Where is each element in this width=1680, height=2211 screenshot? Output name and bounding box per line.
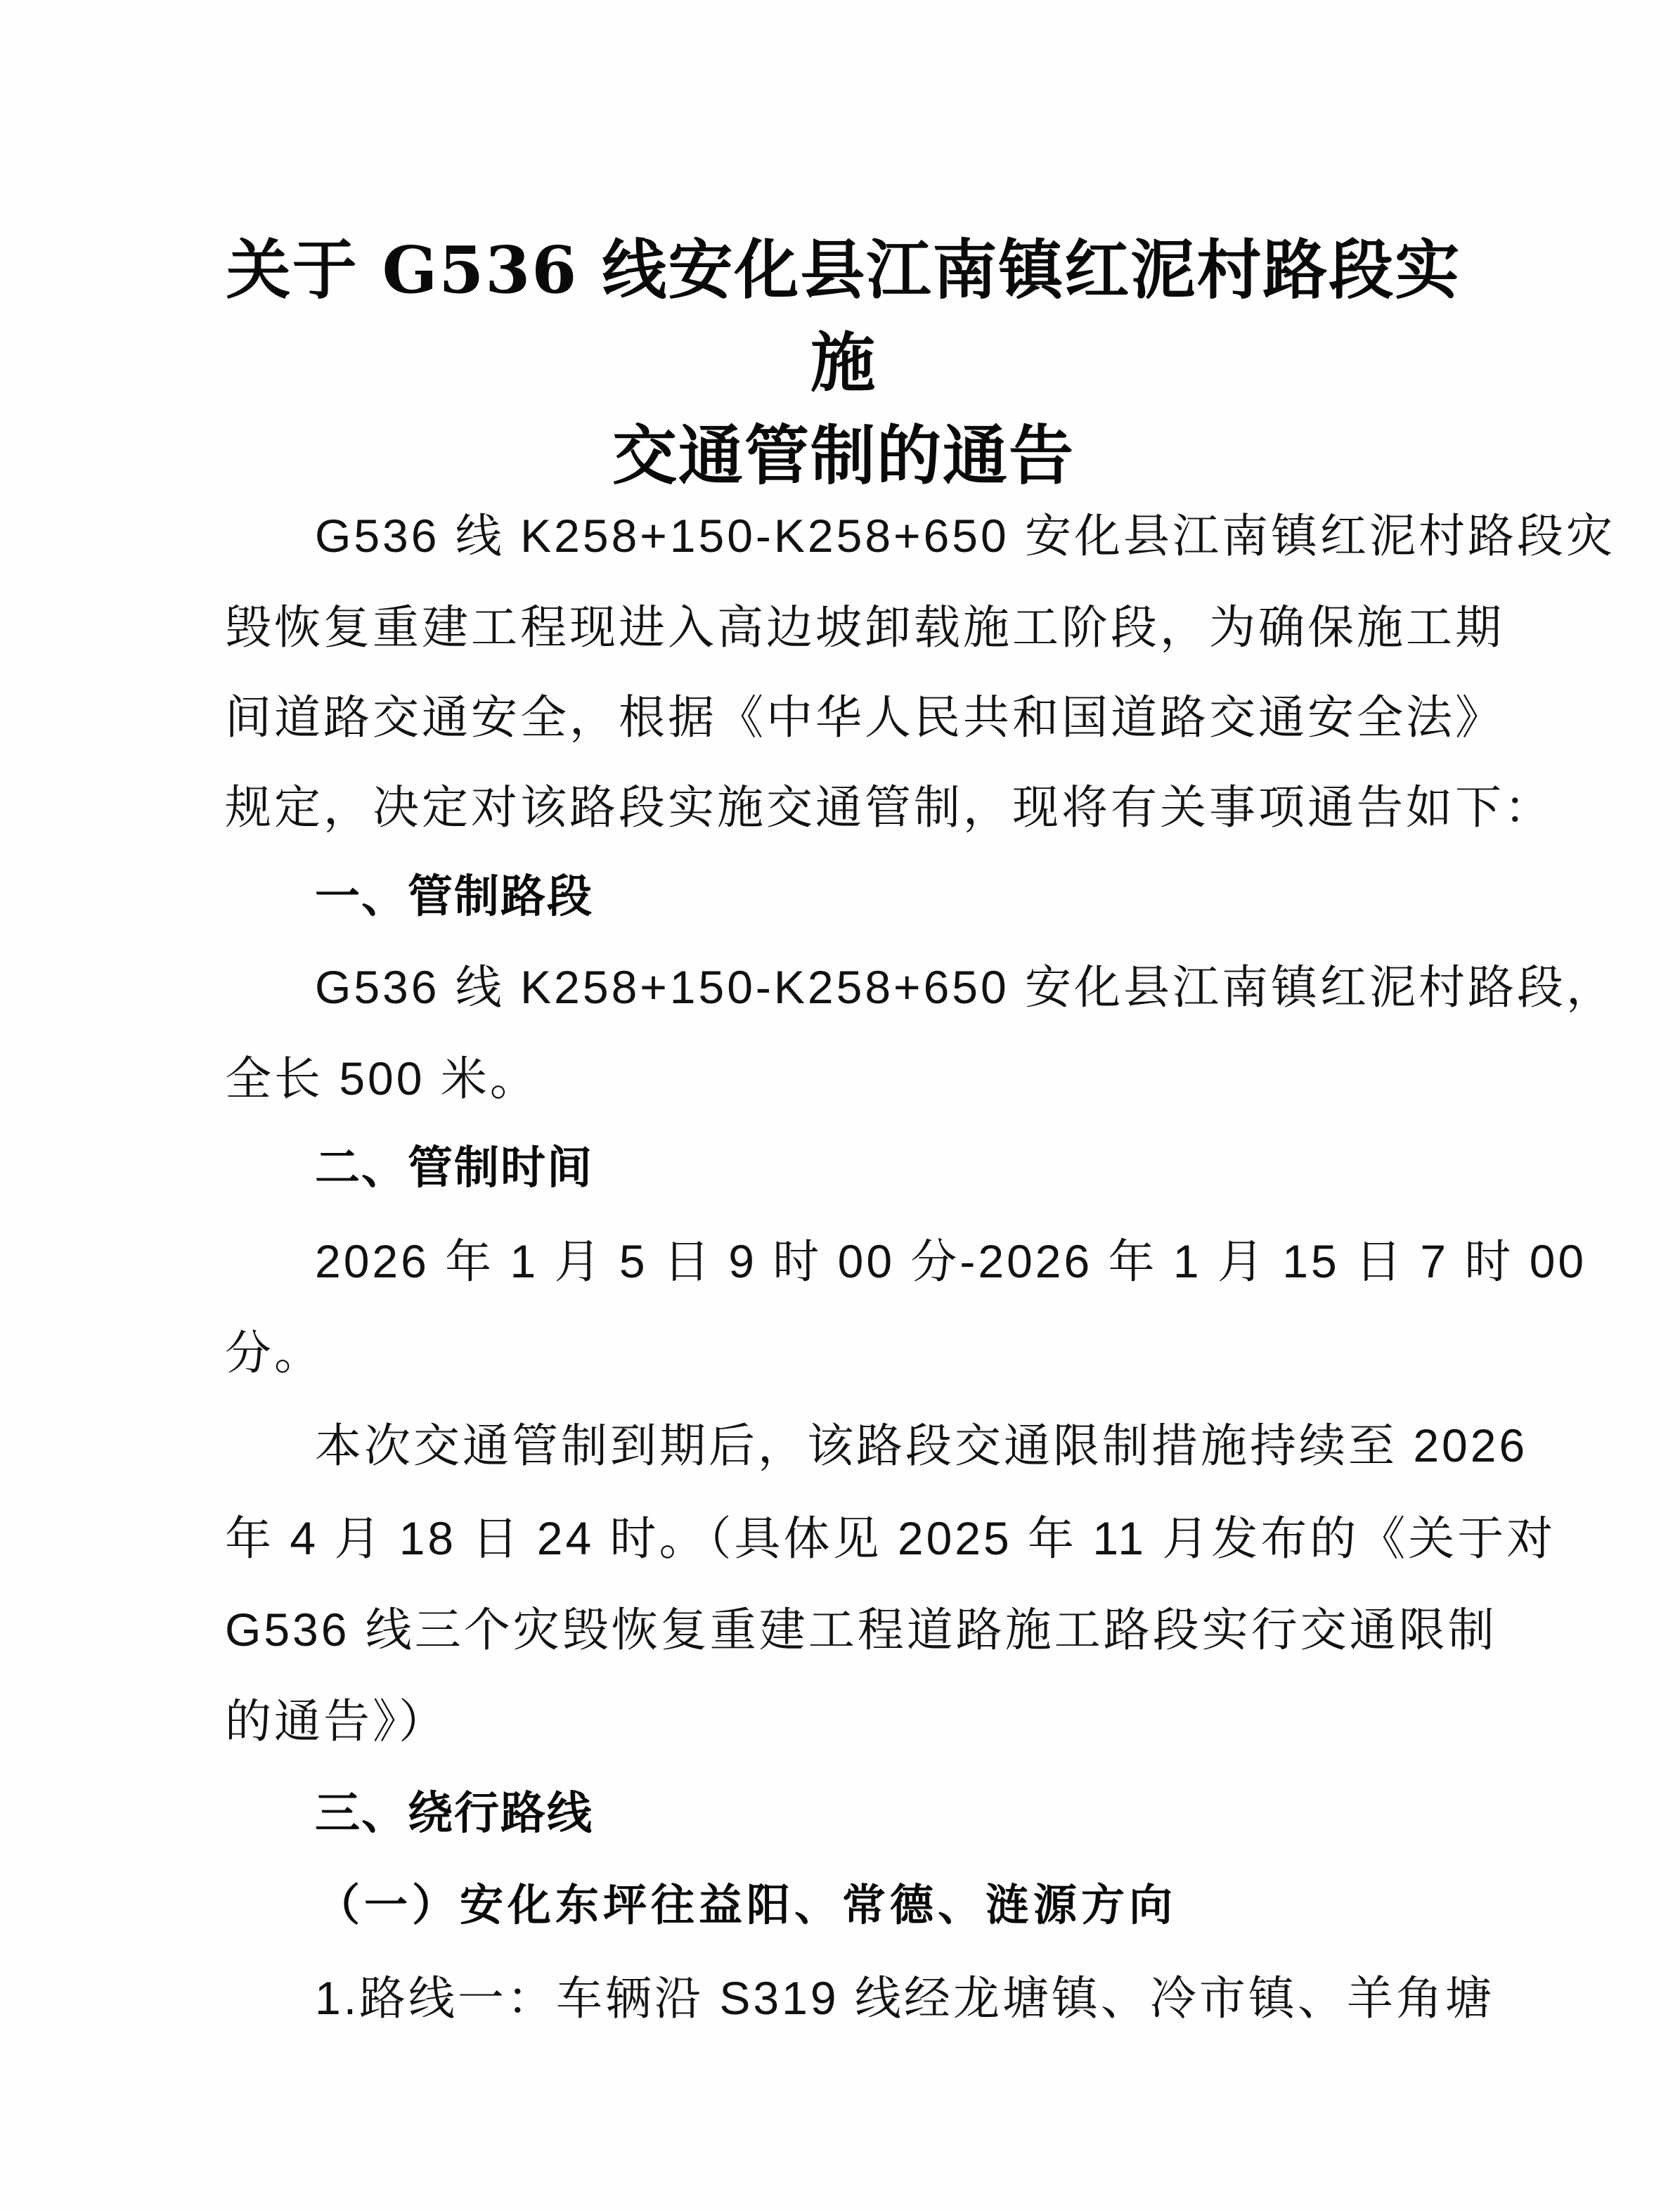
document-title: 关于 G536 线安化县江南镇红泥村路段实施 交通管制的通告 (211, 224, 1476, 502)
intro-line-4: 规定，决定对该路段实施交通管制，现将有关事项通告如下： (225, 779, 1476, 835)
section-1-line-1: G536 线 K258+150-K258+650 安化县江南镇红泥村路段， (315, 959, 1476, 1015)
title-line-2: 交通管制的通告 (211, 409, 1476, 502)
subsection-heading-direction: （一）安化东坪往益阳、常德、涟源方向 (316, 1877, 1177, 1933)
section-2-line-2: 分。 (225, 1324, 1476, 1381)
title-line-1: 关于 G536 线安化县江南镇红泥村路段实施 (211, 224, 1476, 409)
section-1-line-2: 全长 500 米。 (225, 1050, 1476, 1107)
intro-line-2: 毁恢复重建工程现进入高边坡卸载施工阶段，为确保施工期 (225, 599, 1476, 655)
section-2-extra-line-2: 年 4 月 18 日 24 时。（具体见 2025 年 11 月发布的《关于对 (225, 1510, 1476, 1566)
section-3-line-1: 1.路线一：车辆沿 S319 线经龙塘镇、冷市镇、羊角塘 (315, 1970, 1476, 2026)
section-2-extra-line-3: G536 线三个灾毁恢复重建工程道路施工路段实行交通限制 (225, 1601, 1476, 1658)
intro-line-3: 间道路交通安全，根据《中华人民共和国道路交通安全法》 (225, 689, 1476, 745)
section-2-extra-line-4: 的通告》） (225, 1693, 1476, 1749)
section-2-extra-line-1: 本次交通管制到期后，该路段交通限制措施持续至 2026 (315, 1417, 1476, 1474)
section-heading-detour-routes: 三、绕行路线 (315, 1786, 593, 1842)
intro-line-1: G536 线 K258+150-K258+650 安化县江南镇红泥村路段灾 (315, 508, 1476, 564)
section-heading-control-time: 二、管制时间 (315, 1140, 593, 1197)
document-page: 关于 G536 线安化县江南镇红泥村路段实施 交通管制的通告 G536 线 K2… (0, 0, 1680, 2211)
section-2-line-1: 2026 年 1 月 5 日 9 时 00 分-2026 年 1 月 15 日 … (315, 1233, 1476, 1289)
section-heading-control-section: 一、管制路段 (315, 869, 593, 925)
